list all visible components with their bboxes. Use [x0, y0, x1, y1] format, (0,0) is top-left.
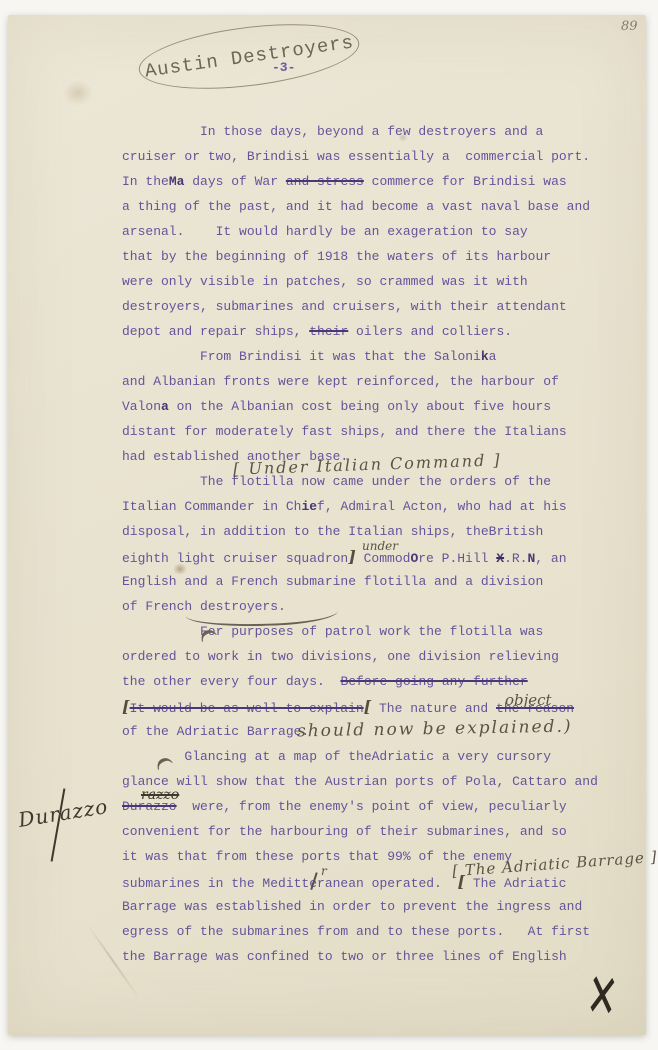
typed-line: destroyers, submarines and cruisers, wit… [122, 294, 598, 319]
typed-segment: on the Albanian cost being only about fi… [169, 399, 551, 414]
typed-line: Italian Commander in Chief, Admiral Acto… [122, 494, 598, 519]
typed-line: egress of the submarines from and to the… [122, 919, 598, 944]
typed-line: Barrage was established in order to prev… [122, 894, 598, 919]
typed-line: arsenal. It would hardly be an exagerati… [122, 219, 598, 244]
typed-segment: glance will show that the Austrian ports… [122, 774, 598, 789]
typed-segment: were, from the enemy's point of view, pe… [177, 799, 567, 814]
typed-line: depot and repair ships, their oilers and… [122, 319, 598, 344]
typed-segment: the Barrage was confined to two or three… [122, 949, 567, 964]
typed-segment: days of War [184, 174, 285, 189]
typed-line: Valona on the Albanian cost being only a… [122, 394, 598, 419]
typed-segment: eighth light cruiser squadron [122, 551, 348, 566]
typed-line: From Brindisi it was that the Salonika [122, 344, 598, 369]
typed-line: glance will show that the Austrian ports… [122, 769, 598, 794]
typed-segment: egress of the submarines from and to the… [122, 924, 590, 939]
typed-line: Glancing at a map of theAdriatic a very … [122, 744, 598, 769]
typed-line: convenient for the harbouring of their s… [122, 819, 598, 844]
typed-segment: depot and repair ships, [122, 324, 309, 339]
insert-object: object [505, 691, 552, 709]
typed-segment: commerce for Brindisi was [364, 174, 567, 189]
typed-segment: For purposes of patrol work the flotilla… [200, 624, 543, 639]
typed-segment: The nature and [371, 701, 496, 716]
typed-line: Durazzo were, from the enemy's point of … [122, 794, 598, 819]
typed-segment: the other every four days. [122, 674, 340, 689]
typed-segment: The Adriatic [465, 876, 566, 891]
typed-segment: convenient for the harbouring of their s… [122, 824, 567, 839]
typed-line: that by the beginning of 1918 the waters… [122, 244, 598, 269]
typed-segment: a [161, 399, 169, 414]
typed-segment: and Albanian fronts were kept reinforced… [122, 374, 559, 389]
typed-line: For purposes of patrol work the flotilla… [122, 619, 598, 644]
typed-line: were only visible in patches, so crammed… [122, 269, 598, 294]
typed-segment: were only visible in patches, so crammed… [122, 274, 528, 289]
insert-r: r [321, 864, 327, 878]
typed-line: eighth light cruiser squadron] CommodOre… [122, 544, 598, 569]
typed-segment: , an [535, 551, 566, 566]
typed-segment: ordered to work in two divisions, one di… [122, 649, 559, 664]
typed-segment: and stress [286, 174, 364, 189]
typed-line: disposal, in addition to the Italian shi… [122, 519, 598, 544]
typed-line: English and a French submarine flotilla … [122, 569, 598, 594]
folio-number: 89 [621, 19, 638, 34]
note-razzo-struck: razzo [141, 787, 179, 803]
insert-under: under [362, 539, 398, 553]
typed-segment: From Brindisi it was that the Saloni [200, 349, 481, 364]
typed-segment: that by the beginning of 1918 the waters… [122, 249, 551, 264]
typed-segment: .R. [504, 551, 527, 566]
typed-line: In those days, beyond a few destroyers a… [122, 119, 598, 144]
typed-line: a thing of the past, and it had become a… [122, 194, 598, 219]
typed-segment: English and a French submarine flotilla … [122, 574, 543, 589]
typed-segment: Ma [169, 174, 185, 189]
typed-segment: Commod [356, 551, 411, 566]
typed-segment: Glancing at a map of theAdriatic a very … [184, 749, 551, 764]
typed-line: In theMa days of War and stress commerce… [122, 169, 598, 194]
typed-segment: arsenal. It would hardly be an exagerati… [122, 224, 528, 239]
paper-crease-stain [63, 80, 93, 106]
typed-segment: oilers and colliers. [348, 324, 512, 339]
typed-segment: Valon [122, 399, 161, 414]
typed-line: the Barrage was confined to two or three… [122, 944, 598, 969]
typed-line: distant for moderately fast ships, and t… [122, 419, 598, 444]
typed-segment: In the [122, 174, 169, 189]
typed-segment: X [496, 551, 504, 566]
typed-text-block: In those days, beyond a few destroyers a… [122, 119, 598, 969]
page-number: -3- [272, 60, 295, 75]
typed-segment: submarines in the Meditteranean operated… [122, 876, 457, 891]
typed-segment: destroyers, submarines and cruisers, wit… [122, 299, 567, 314]
typed-segment: a thing of the past, and it had become a… [122, 199, 590, 214]
typed-segment: k [481, 349, 489, 364]
typed-segment: a [489, 349, 497, 364]
typed-segment: It would be as well to explain [130, 701, 364, 716]
typed-line: and Albanian fronts were kept reinforced… [122, 369, 598, 394]
typed-line: ordered to work in two divisions, one di… [122, 644, 598, 669]
typed-segment: Barrage was established in order to prev… [122, 899, 582, 914]
typed-segment: f, Admiral Acton, who had at his [317, 499, 567, 514]
typed-segment: Before going any further [340, 674, 527, 689]
typed-segment: ie [301, 499, 317, 514]
typed-segment: of the Adriatic Barrage. [122, 724, 309, 739]
typed-line: cruiser or two, Brindisi was essentially… [122, 144, 598, 169]
typed-segment: In those days, beyond a few destroyers a… [200, 124, 543, 139]
typed-segment: Italian Commander in Ch [122, 499, 301, 514]
typed-segment: ] [348, 547, 356, 566]
scanned-document: { "page": { "folio_number": "89", "page_… [0, 0, 658, 1050]
typed-segment: cruiser or two, Brindisi was essentially… [122, 149, 590, 164]
typed-segment: re P.Hill [418, 551, 496, 566]
typed-segment: distant for moderately fast ships, and t… [122, 424, 567, 439]
typed-segment: disposal, in addition to the Italian shi… [122, 524, 543, 539]
typed-segment: their [309, 324, 348, 339]
typed-segment: [ [122, 697, 130, 716]
